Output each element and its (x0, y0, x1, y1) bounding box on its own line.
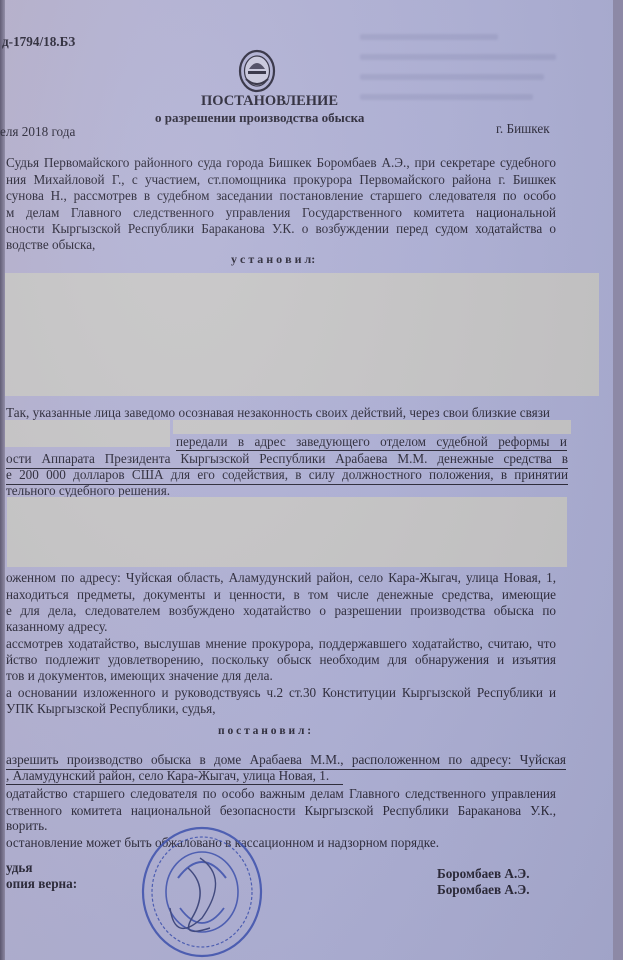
resolution-line: ворить. (6, 818, 556, 835)
intro-line: Судья Первомайского районного суда город… (6, 155, 556, 172)
para3-line: находиться предметы, документы и ценност… (6, 587, 556, 604)
document-subtitle: о разрешении производства обыска (155, 110, 364, 126)
case-number: д-1794/18.БЗ (2, 34, 75, 50)
document-city: г. Бишкек (496, 121, 550, 137)
para3-line: УПК Кыргызской Республики, судья, (6, 701, 556, 718)
para3-line: ассмотрев ходатайство, выслушав мнение п… (6, 636, 556, 653)
resolution-line: азрешить производство обыска в доме Араб… (6, 752, 566, 770)
document-page: д-1794/18.БЗ ПОСТАНОВЛЕНИЕ о разрешении … (0, 0, 613, 960)
para2-line: ости Аппарата Президента Кыргызской Респ… (6, 451, 568, 469)
para3-line: тов и документов, имеющих значение для д… (6, 668, 556, 685)
redacted-inline (5, 420, 170, 447)
para2-line: передали в адрес заведующего отделом суд… (176, 434, 567, 451)
para3-line: а основании изложенного и руководствуясь… (6, 685, 556, 702)
resolution-line: одатайство старшего следователя по особо… (6, 786, 556, 803)
para3-line: оженном по адресу: Чуйская область, Алам… (6, 570, 556, 587)
court-seal-stamp-icon (140, 818, 265, 960)
document-date: еля 2018 года (0, 124, 75, 140)
resolution-line: , Аламудунский район, село Кара-Жыгач, у… (6, 768, 343, 785)
coat-of-arms-icon (238, 49, 276, 93)
section-heading-resolved: п о с т а н о в и л : (218, 723, 311, 739)
redacted-block-1 (5, 273, 599, 396)
copy-label: опия верна: (6, 876, 77, 892)
resolution-line: ственного комитета национальной безопасн… (6, 803, 556, 820)
intro-line: м делам Главного следственного управлени… (6, 205, 556, 222)
judge-label: удья (6, 860, 33, 876)
page-edge (0, 0, 5, 960)
redacted-block-2 (7, 497, 567, 567)
redacted-inline (173, 420, 571, 434)
para3-line: казанному адресу. (6, 619, 556, 636)
para3-line: йство подлежит удовлетворению, поскольку… (6, 652, 556, 669)
copy-name: Боромбаев А.Э. (437, 882, 530, 898)
para2-line: е 200 000 долларов США для его содействи… (6, 467, 568, 485)
intro-line: сунова Н., рассмотрев в судебном заседан… (6, 188, 556, 205)
resolution-line: остановление может быть обжаловано в кас… (6, 835, 556, 852)
para3-line: е для дела, следователем возбуждено хода… (6, 603, 556, 620)
intro-line: ния Михайловой Г., с участием, ст.помощн… (6, 172, 556, 189)
intro-line: сности Кыргызской Республики Бараканова … (6, 221, 556, 238)
document-title: ПОСТАНОВЛЕНИЕ (201, 93, 338, 109)
judge-name: Боромбаев А.Э. (437, 866, 530, 882)
section-heading-established: у с т а н о в и л: (231, 251, 315, 267)
